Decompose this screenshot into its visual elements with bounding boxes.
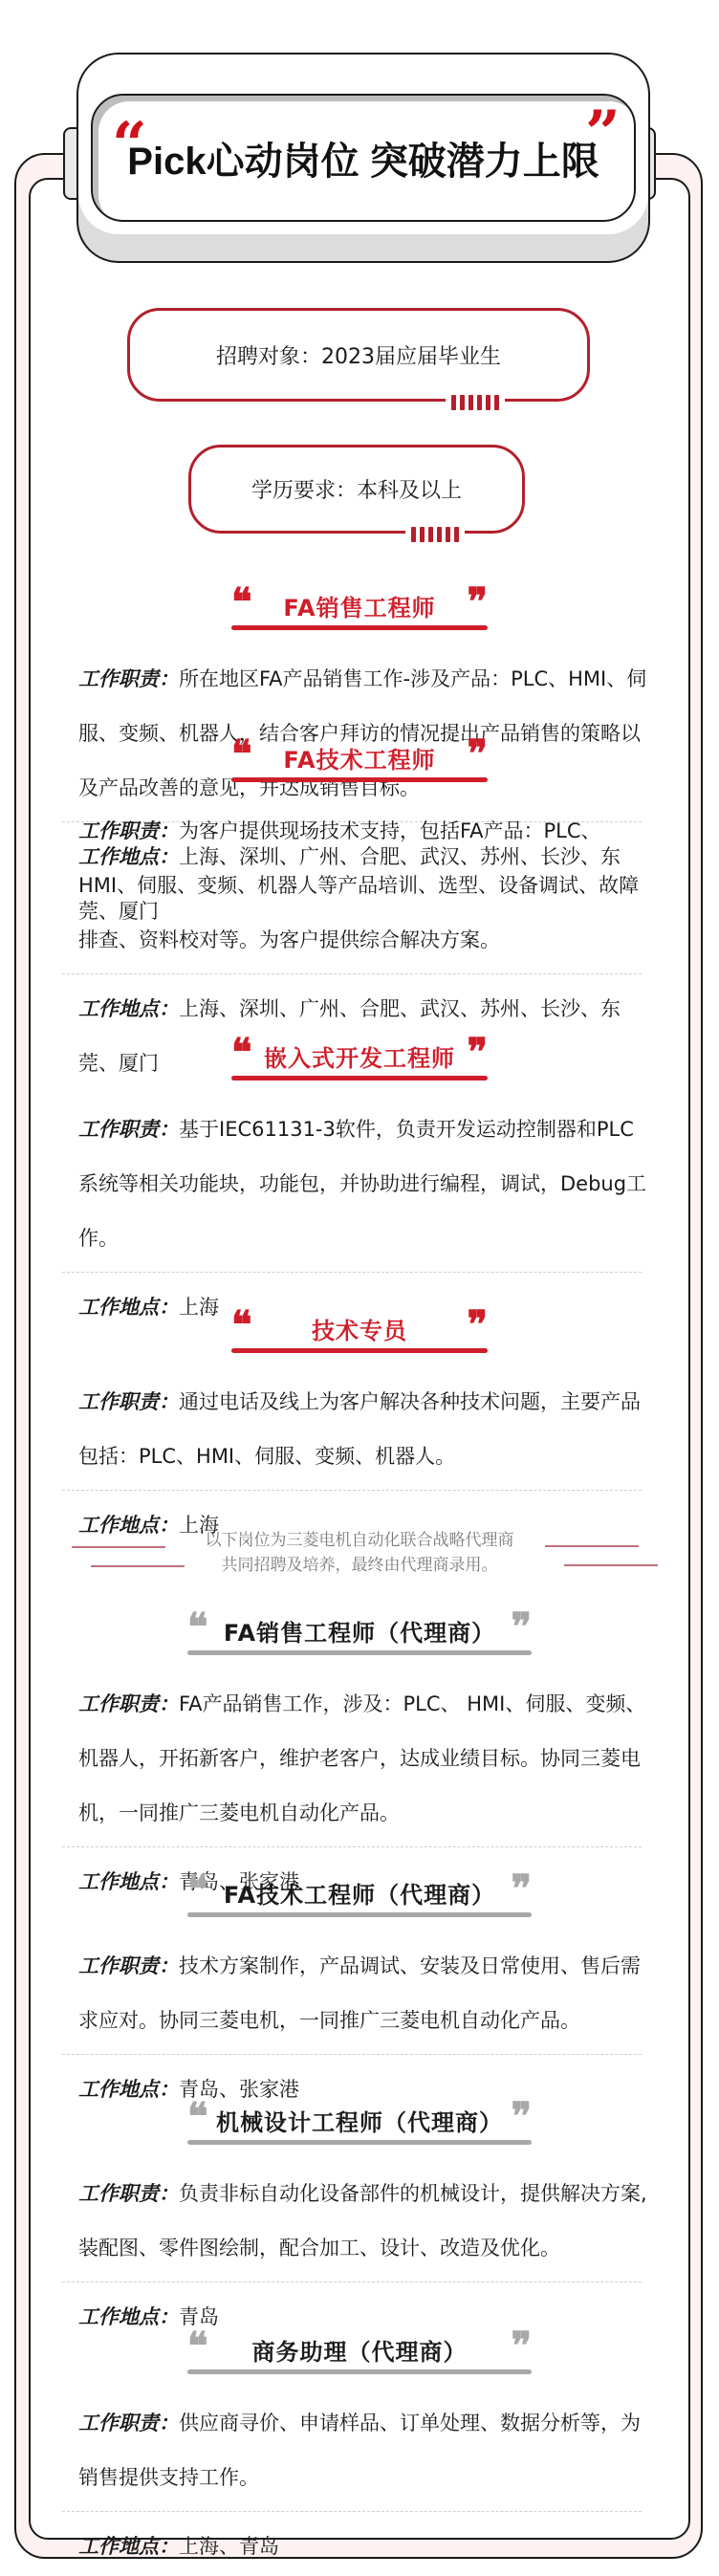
tick-marks-decoration <box>446 395 505 410</box>
title-underline <box>231 1348 488 1353</box>
close-quote-icon: ❞ <box>511 1608 532 1647</box>
education-pill: 学历要求：本科及以上 <box>188 445 525 534</box>
job-title-header: ❝ FA销售工程师（代理商） ❞ <box>187 1605 532 1662</box>
job-duty: 工作职责：供应商寻价、申请样品、订单处理、数据分析等，为销售提供支持工作。 <box>78 2396 652 2505</box>
divider <box>62 973 642 974</box>
close-quote-icon: ❞ <box>511 2098 532 2136</box>
title-underline <box>187 2369 532 2374</box>
job-title-header: ❝ 嵌入式开发工程师 ❞ <box>231 1030 488 1087</box>
title-badge-inner: Pick心动岗位 突破潜力上限 <box>91 94 636 222</box>
job-section: ❝ 商务助理（代理商） ❞ 工作职责：供应商寻价、申请样品、订单处理、数据分析等… <box>57 2324 662 2574</box>
job-title-header: ❝ 机械设计工程师（代理商） ❞ <box>187 2094 532 2151</box>
open-quote-icon: “ <box>112 115 147 176</box>
job-title: FA销售工程师（代理商） <box>187 1614 532 1648</box>
job-title: FA技术工程师 <box>231 741 488 775</box>
job-section: ❝ FA技术工程师（代理商） ❞ 工作职责：技术方案制作，产品调试、安装及日常使… <box>57 1867 662 2117</box>
close-quote-icon: ❞ <box>467 583 488 622</box>
job-title: FA销售工程师 <box>231 589 488 622</box>
close-quote-icon: ” <box>585 103 621 164</box>
job-title-header: ❝ 商务助理（代理商） ❞ <box>187 2324 532 2381</box>
target-audience-pill: 招聘对象：2023届应届毕业生 <box>127 308 590 402</box>
divider <box>62 2281 642 2282</box>
divider <box>62 1490 642 1491</box>
close-quote-icon: ❞ <box>467 1306 488 1344</box>
job-duty: 工作职责：基于IEC61131-3软件，负责开发运动控制器和PLC系统等相关功能… <box>78 1102 652 1266</box>
target-audience-text: 招聘对象：2023届应届毕业生 <box>216 340 501 370</box>
job-title: 嵌入式开发工程师 <box>231 1039 488 1073</box>
education-text: 学历要求：本科及以上 <box>251 474 462 504</box>
job-title-header: ❝ FA技术工程师 ❞ <box>231 731 488 789</box>
page-title: Pick心动岗位 突破潜力上限 <box>127 131 599 186</box>
job-section: ❝ 技术专员 ❞ 工作职责：通过电话及线上为客户解决各种技术问题，主要产品包括：… <box>57 1302 662 1553</box>
job-duty: 工作职责：通过电话及线上为客户解决各种技术问题，主要产品包括：PLC、HMI、伺… <box>78 1375 652 1484</box>
close-quote-icon: ❞ <box>511 2327 532 2366</box>
title-underline <box>187 2140 532 2145</box>
divider <box>62 2511 642 2512</box>
job-title-header: ❝ FA技术工程师（代理商） ❞ <box>187 1867 532 1924</box>
job-duty: 工作职责：为客户提供现场技术支持，包括FA产品：PLC、HMI、伺服、变频、机器… <box>78 804 652 968</box>
close-quote-icon: ❞ <box>511 1870 532 1909</box>
job-section: ❝ 嵌入式开发工程师 ❞ 工作职责：基于IEC61131-3软件，负责开发运动控… <box>57 1030 662 1335</box>
title-underline <box>187 1912 532 1917</box>
job-location: 工作地点：上海、青岛 <box>78 2520 652 2574</box>
job-title-header: ❝ 技术专员 ❞ <box>231 1302 488 1360</box>
agent-note: 以下岗位为三菱电机自动化联合战略代理商 共同招聘及培养，最终由代理商录用。 <box>57 1528 662 1578</box>
title-underline <box>231 625 488 630</box>
job-duty: 工作职责：FA产品销售工作，涉及：PLC、 HMI、伺服、变频、机器人，开拓新客… <box>78 1677 652 1841</box>
job-title: 商务助理（代理商） <box>187 2333 532 2367</box>
title-underline <box>231 777 488 782</box>
job-title: FA技术工程师（代理商） <box>187 1876 532 1910</box>
job-duty: 工作职责：负责非标自动化设备部件的机械设计，提供解决方案,装配图、零件图绘制，配… <box>78 2167 652 2276</box>
divider <box>62 1272 642 1273</box>
title-underline <box>231 1076 488 1081</box>
close-quote-icon: ❞ <box>467 1034 488 1072</box>
job-section: ❝ 机械设计工程师（代理商） ❞ 工作职责：负责非标自动化设备部件的机械设计，提… <box>57 2094 662 2345</box>
divider <box>62 2054 642 2055</box>
agent-note-line2: 共同招聘及培养，最终由代理商录用。 <box>57 1553 662 1578</box>
job-duty: 工作职责：技术方案制作，产品调试、安装及日常使用、售后需求应对。协同三菱电机，一… <box>78 1939 652 2048</box>
agent-note-line1: 以下岗位为三菱电机自动化联合战略代理商 <box>57 1528 662 1553</box>
divider <box>62 1846 642 1847</box>
close-quote-icon: ❞ <box>467 735 488 774</box>
job-title: 技术专员 <box>231 1312 488 1345</box>
tick-marks-decoration <box>405 527 465 542</box>
title-underline <box>187 1650 532 1655</box>
job-title-header: ❝ FA销售工程师 ❞ <box>231 579 488 637</box>
job-title: 机械设计工程师（代理商） <box>187 2104 532 2137</box>
job-section: ❝ FA销售工程师（代理商） ❞ 工作职责：FA产品销售工作，涉及：PLC、 H… <box>57 1605 662 1910</box>
